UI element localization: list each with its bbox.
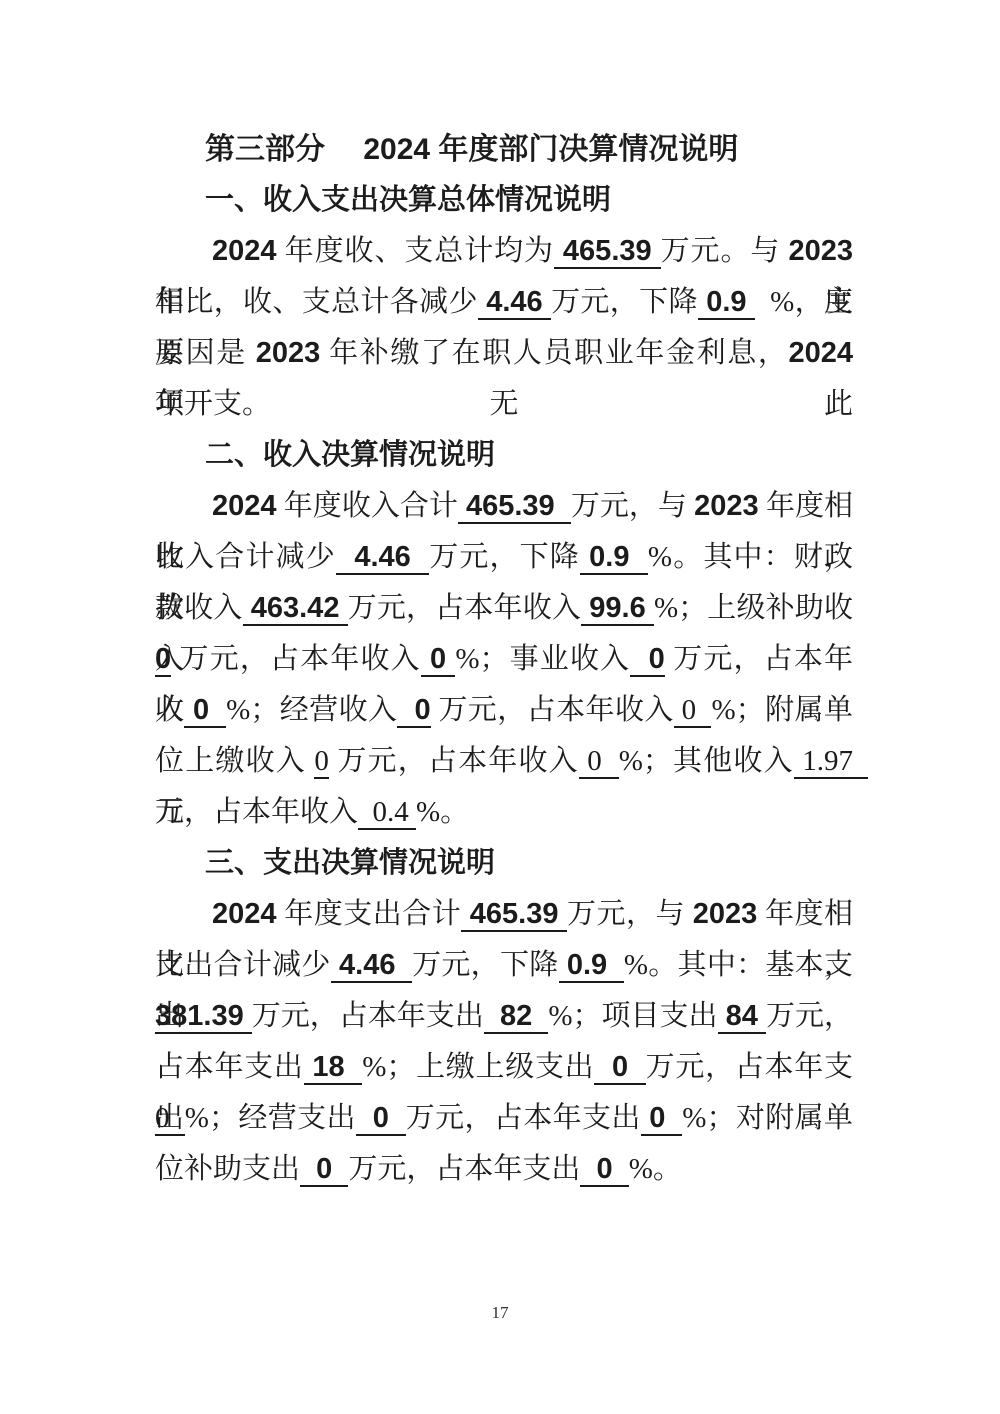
blank-value: 465.39: [554, 235, 661, 269]
body-line: 位上缴收入 0 万元，占本年收入 0 %；其他收入 1.97 万: [155, 736, 853, 787]
text-segment: 年度收、支总计均为: [277, 235, 554, 267]
blank-value: 465.39: [461, 898, 567, 932]
section-two-heading: 二、收入决算情况说明: [155, 430, 853, 481]
body-line: 款收入 463.42 万元，占本年收入 99.6 %；上级补助收入: [155, 583, 853, 634]
section-one-heading: 一、收入支出决算总体情况说明: [155, 175, 853, 226]
text-segment: 三、支出决算情况说明: [205, 847, 495, 879]
text-segment: 2024: [788, 337, 853, 369]
body-line: 0 %；经营支出 0 万元，占本年支出 0 %；对附属单: [155, 1093, 853, 1144]
blank-value: 0: [184, 694, 226, 728]
text-segment: 万元，占本年收入: [348, 592, 581, 624]
text-segment: 项开支。: [155, 388, 271, 420]
body-line: 收入合计减少 4.46 万元，下降 0.9 %。其中：财政拨: [155, 532, 853, 583]
body-line: 元，占本年收入 0.4 %。: [155, 787, 853, 838]
blank-value: 0: [155, 643, 171, 677]
text-segment: %；附属单: [711, 694, 853, 726]
text-segment: %。: [416, 796, 469, 828]
text-segment: %；其他收入: [619, 745, 794, 777]
text-segment: %；项目支出: [548, 1000, 717, 1032]
text-segment: 款收入: [155, 592, 243, 624]
blank-value: 0.9: [580, 541, 648, 575]
text-segment: 万元，下降: [429, 541, 580, 573]
text-segment: 原因是: [155, 337, 256, 369]
text-segment: 2024: [212, 898, 277, 930]
blank-value: 1.97: [794, 745, 868, 779]
body-line: 2024 年度支出合计 465.39 万元，与 2023 年度相比，: [155, 889, 853, 940]
text-segment: 相比，收、支总计各减少: [155, 286, 478, 318]
text-segment: 万元，占本年收入: [329, 745, 579, 777]
blank-value: 0: [641, 1102, 682, 1136]
body-line: 0 万元，占本年收入 0 %；事业收入 0 万元，占本年收: [155, 634, 853, 685]
body-line: 相比，收、支总计各减少 4.46 万元，下降 0.9 %，主要: [155, 277, 853, 328]
text-segment: 万元，下降: [551, 286, 698, 318]
body-line: 支出合计减少 4.46 万元，下降 0.9 %。其中：基本支出: [155, 940, 853, 991]
blank-value: 0: [630, 643, 665, 677]
blank-value: 18: [304, 1051, 363, 1085]
text-segment: 元，占本年收入: [155, 796, 358, 828]
part-three-heading: 第三部分 2024 年度部门决算情况说明: [155, 124, 853, 175]
text-segment: 一、收入支出决算总体情况说明: [205, 184, 611, 216]
body-line: 原因是 2023 年补缴了在职人员职业年金利息，2024 年无此: [155, 328, 853, 379]
blank-value: 0: [579, 745, 619, 779]
body-line: 2024 年度收、支总计均为 465.39 万元。与 2023 年度: [155, 226, 853, 277]
body-line: 入 0 %；经营收入 0 万元，占本年收入 0 %；附属单: [155, 685, 853, 736]
text-segment: 2024: [363, 133, 430, 166]
text-segment: 入: [155, 694, 184, 726]
blank-value: 465.39: [458, 490, 571, 524]
text-segment: %；经营收入: [226, 694, 397, 726]
text-segment: %；对附属单: [682, 1102, 853, 1134]
body-line: 2024 年度收入合计 465.39 万元，与 2023 年度相比，: [155, 481, 853, 532]
text-segment: 2023: [256, 337, 321, 369]
text-segment: 年补缴了在职人员职业年金利息，: [320, 337, 788, 369]
blank-value: 0: [674, 694, 712, 728]
blank-value: 0: [300, 1153, 348, 1187]
body-line: 381.39 万元，占本年支出 82 %；项目支出 84 万元，: [155, 991, 853, 1042]
text-segment: %。: [629, 1153, 682, 1185]
blank-value: 463.42: [243, 592, 348, 626]
text-segment: %；上缴上级支出: [362, 1051, 594, 1083]
text-segment: %；经营支出: [185, 1102, 356, 1134]
text-segment: 万元，占本年支出: [406, 1102, 641, 1134]
text-segment: 年度支出合计: [277, 898, 462, 930]
text-segment: 万元，占本年收入: [431, 694, 674, 726]
text-segment: %；事业收入: [455, 643, 630, 675]
page-number: 17: [0, 1303, 1000, 1323]
blank-value: 381.39: [155, 1000, 252, 1034]
blank-value: 0: [594, 1051, 645, 1085]
text-segment: 2023: [693, 898, 758, 930]
text-segment: 第三部分: [205, 133, 363, 166]
text-segment: 位上缴收入: [155, 745, 314, 777]
blank-value: 82: [484, 1000, 549, 1034]
document-body: 第三部分 2024 年度部门决算情况说明一、收入支出决算总体情况说明2024 年…: [155, 124, 853, 1195]
blank-value: 0.4: [358, 796, 416, 830]
text-segment: 万元，占本年支出: [348, 1153, 580, 1185]
document-page: 第三部分 2024 年度部门决算情况说明一、收入支出决算总体情况说明2024 年…: [0, 0, 1000, 1414]
text-segment: 支出合计减少: [155, 949, 331, 981]
body-line: 占本年支出 18 %；上缴上级支出 0 万元，占本年支出: [155, 1042, 853, 1093]
blank-value: 84: [718, 1000, 766, 1034]
text-segment: 万元，: [766, 1000, 853, 1032]
blank-value: 0: [155, 1102, 185, 1136]
text-segment: 年度收入合计: [277, 490, 458, 522]
blank-value: 0: [356, 1102, 406, 1136]
text-segment: 2024: [212, 490, 277, 522]
section-three-heading: 三、支出决算情况说明: [155, 838, 853, 889]
blank-value: 0.9: [559, 949, 624, 983]
blank-value: 0.9: [698, 286, 755, 320]
blank-value: 4.46: [336, 541, 429, 575]
blank-value: 0: [397, 694, 430, 728]
text-segment: 万元，下降: [412, 949, 558, 981]
text-segment: 位补助支出: [155, 1153, 300, 1185]
text-segment: 2023: [788, 235, 853, 267]
text-segment: 2024: [212, 235, 277, 267]
text-segment: 万元。与: [661, 235, 789, 267]
blank-value: 99.6: [581, 592, 654, 626]
text-segment: 万元，占本年支出: [252, 1000, 484, 1032]
blank-value: 0: [580, 1153, 628, 1187]
text-segment: 2023: [694, 490, 759, 522]
blank-value: 0: [314, 745, 329, 779]
blank-value: 4.46: [331, 949, 412, 983]
blank-value: 4.46: [478, 286, 551, 320]
text-segment: 二、收入决算情况说明: [205, 439, 495, 471]
text-segment: 万元，与: [571, 490, 694, 522]
text-segment: 占本年支出: [155, 1051, 304, 1083]
blank-value: 0: [421, 643, 456, 677]
text-segment: 万元，与: [567, 898, 693, 930]
text-segment: 收入合计减少: [155, 541, 336, 573]
text-segment: 年度部门决算情况说明: [430, 133, 738, 166]
text-segment: 万元，占本年收入: [171, 643, 421, 675]
body-line: 位补助支出 0 万元，占本年支出 0 %。: [155, 1144, 853, 1195]
